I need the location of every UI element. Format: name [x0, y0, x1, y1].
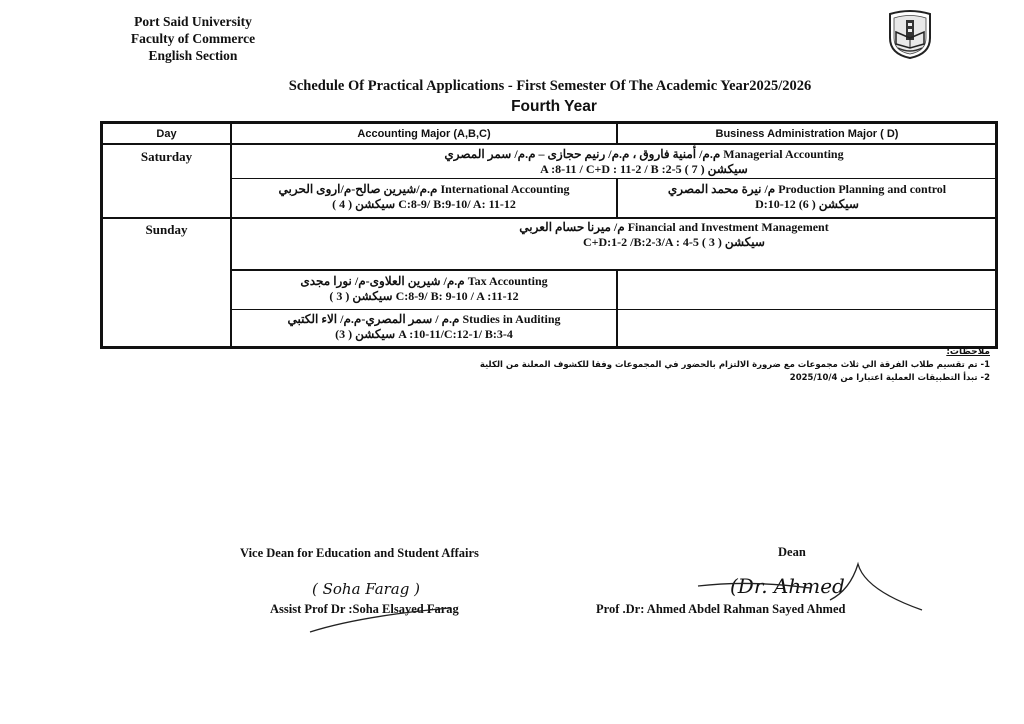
course-title: م.م/ أمنية فاروق ، م.م/ رنيم حجازى – م.م… — [292, 147, 996, 162]
divider — [616, 124, 618, 143]
document-subtitle: Fourth Year — [0, 98, 1024, 116]
course-title: م/ نيرة محمد المصري Production Planning … — [618, 182, 996, 197]
course-groups: A :8-11 / C+D : 11-2 / B :2-5 ( 7 ) سيكش… — [292, 162, 996, 177]
course-groups: ( 3 ) سيكشن C:8-9/ B: 9-10 / A :11-12 — [232, 289, 616, 304]
header-business-major: Business Administration Major ( D) — [618, 127, 996, 141]
header-accounting-major: Accounting Major (A,B,C) — [232, 127, 616, 141]
divider — [232, 309, 995, 310]
divider — [103, 217, 995, 219]
course-groups: C+D:1-2 /B:2-3/A : 4-5 ( 3 ) سيكشن — [352, 235, 996, 250]
header-day: Day — [103, 127, 230, 141]
course-groups: (3 ) سيكشن A :10-11/C:12-1/ B:3-4 — [232, 327, 616, 342]
course-title: م.م/ شيرين العلاوى-م/ نورا مجدى Tax Acco… — [232, 274, 616, 289]
day-saturday: Saturday — [103, 149, 230, 165]
dean-role: Dean — [778, 545, 806, 560]
divider — [232, 269, 995, 271]
course-groups: ( 4 ) سيكشن C:8-9/ B:9-10/ A: 11-12 — [232, 197, 616, 212]
divider — [232, 178, 995, 179]
notes-section: ملاحظات: 1- تم تقسيم طلاب الفرقة الي ثلا… — [480, 346, 990, 385]
note-item: 1- تم تقسيم طلاب الفرقة الي ثلاث مجموعات… — [480, 359, 990, 372]
signature-stroke-icon — [300, 596, 460, 636]
vice-dean-role: Vice Dean for Education and Student Affa… — [240, 546, 479, 561]
institution-header: Port Said University Faculty of Commerce… — [108, 13, 278, 64]
course-tax-accounting: م.م/ شيرين العلاوى-م/ نورا مجدى Tax Acco… — [232, 274, 616, 304]
course-international-accounting: م.م/شيرين صالح-م/اروى الحربي Internation… — [232, 182, 616, 212]
course-groups: D:10-12 (6 ) سيكشن — [618, 197, 996, 212]
course-studies-in-auditing: م.م / سمر المصري-م.م/ الاء الكتبي Studie… — [232, 312, 616, 342]
university-name: Port Said University — [108, 13, 278, 30]
note-item: 2- تبدأ التطبيقات العملية اعتبارا من 202… — [480, 372, 990, 385]
course-production-planning: م/ نيرة محمد المصري Production Planning … — [618, 182, 996, 212]
divider — [103, 143, 995, 145]
course-managerial-accounting: م.م/ أمنية فاروق ، م.م/ رنيم حجازى – م.م… — [232, 147, 996, 177]
university-crest-icon — [886, 8, 934, 60]
course-financial-investment: م/ ميرنا حسام العربي Financial and Inves… — [232, 220, 996, 250]
schedule-table: Day Accounting Major (A,B,C) Business Ad… — [100, 121, 998, 349]
notes-title: ملاحظات: — [480, 346, 990, 359]
course-title: م.م / سمر المصري-م.م/ الاء الكتبي Studie… — [232, 312, 616, 327]
day-sunday: Sunday — [103, 222, 230, 238]
course-title: م.م/شيرين صالح-م/اروى الحربي Internation… — [232, 182, 616, 197]
dean-name: Prof .Dr: Ahmed Abdel Rahman Sayed Ahmed — [596, 602, 845, 617]
section-name: English Section — [108, 47, 278, 64]
document-title: Schedule Of Practical Applications - Fir… — [0, 78, 1024, 95]
course-title: م/ ميرنا حسام العربي Financial and Inves… — [352, 220, 996, 235]
faculty-name: Faculty of Commerce — [108, 30, 278, 47]
